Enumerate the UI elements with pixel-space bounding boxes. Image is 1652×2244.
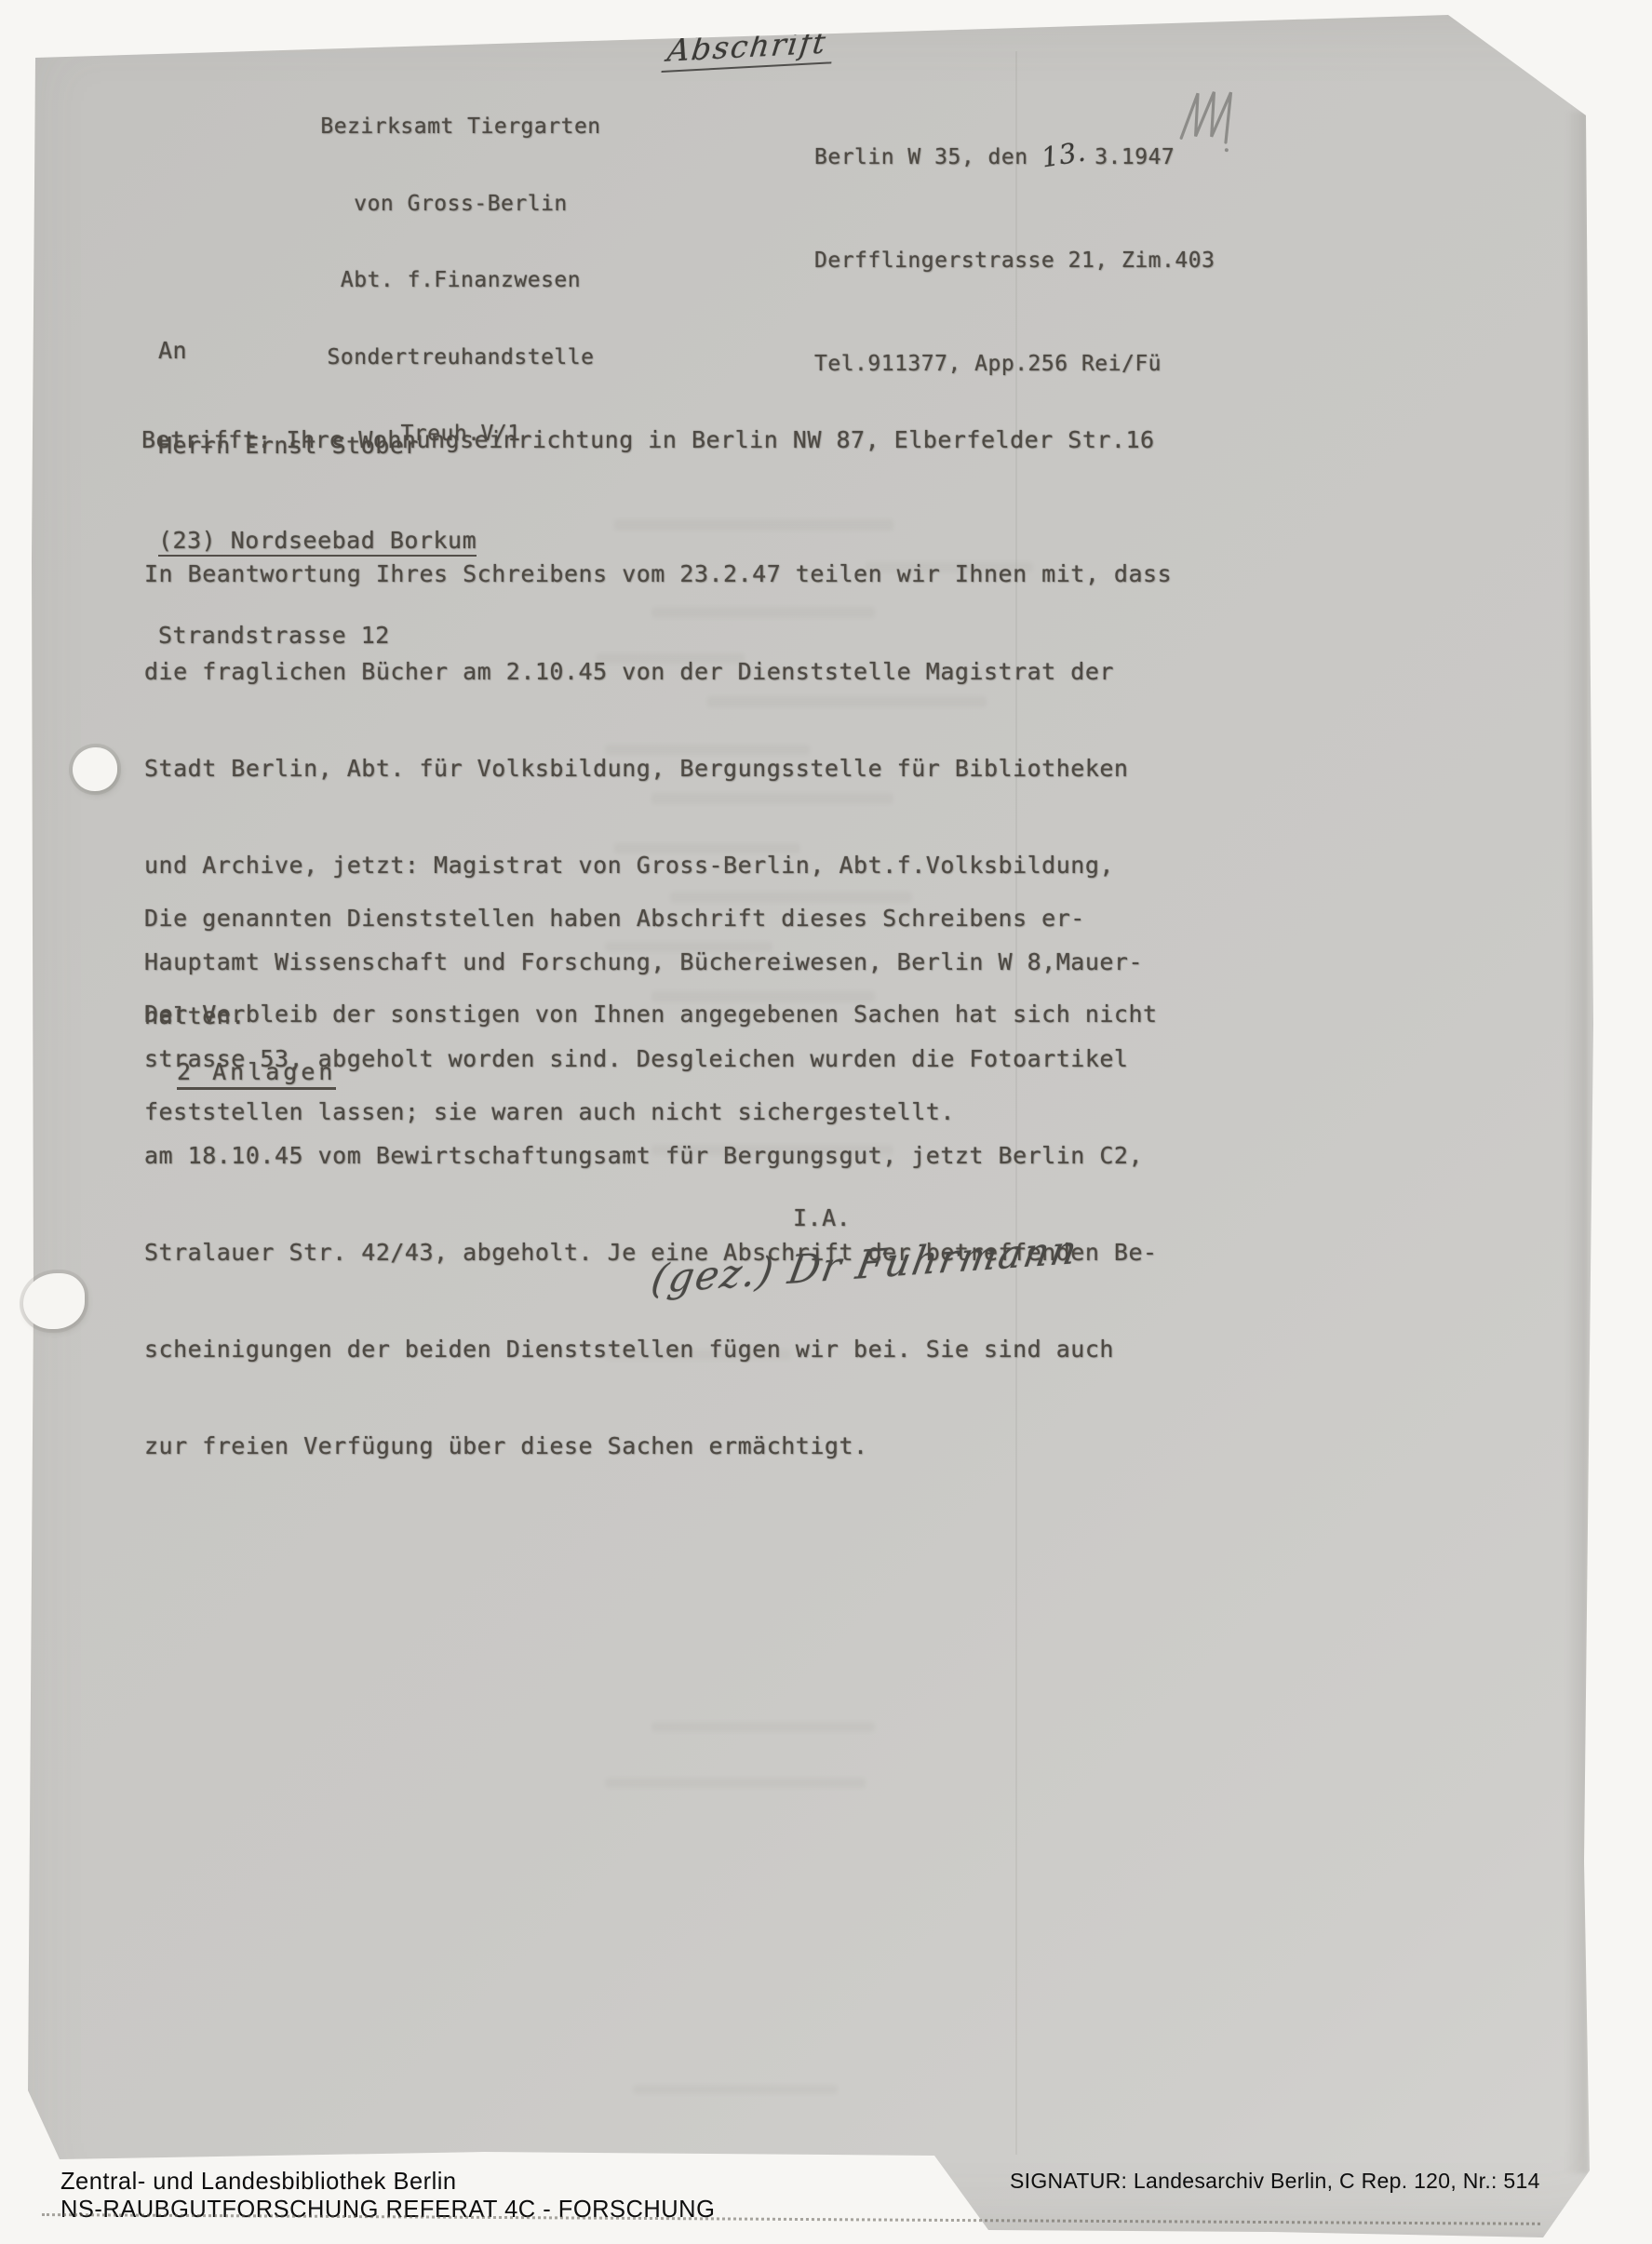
enclosures-note: 2 Anlagen (177, 1058, 336, 1090)
bleed-through-smudge (707, 696, 987, 707)
dateline-block: Berlin W 35, den13.3.1947 Derfflingerstr… (814, 69, 1215, 450)
footer-library-name: Zentral- und Landesbibliothek Berlin (60, 2167, 715, 2195)
bleed-through-smudge (651, 1722, 875, 1732)
handwritten-abschrift-note: Abschrift (661, 23, 837, 73)
bleed-through-smudge (605, 1350, 791, 1360)
bleed-through-smudge (651, 607, 875, 618)
handwritten-day: 13. (1039, 135, 1088, 176)
sender-line: von Gross-Berlin (275, 192, 647, 218)
bleed-through-smudge (670, 892, 912, 903)
bleed-through-smudge (651, 1145, 893, 1155)
body-line: Die genannten Dienststellen haben Abschr… (144, 903, 1085, 935)
bleed-through-smudge (633, 2085, 838, 2094)
typed-initials: I.A. (793, 1204, 851, 1231)
bleed-through-smudge (866, 562, 1033, 572)
bleed-through-smudge (651, 991, 875, 1002)
bleed-through-smudge (651, 793, 893, 804)
bleed-through-smudge (614, 843, 800, 853)
punch-hole-bottom (23, 1273, 85, 1329)
bleed-through-smudge (605, 745, 810, 755)
scan-background: Abschrift Bezirksamt Tiergarten von Gros… (0, 0, 1652, 2244)
right-edge-shadow (1565, 112, 1588, 2173)
body-line: zur freien Verfügung über diese Sachen e… (144, 1431, 1172, 1463)
document-paper: Abschrift Bezirksamt Tiergarten von Gros… (0, 0, 1652, 2244)
punch-hole-top (73, 747, 117, 791)
sender-line: Bezirksamt Tiergarten (275, 114, 647, 141)
bleed-through-smudge (605, 942, 772, 952)
body-line: Der Verbleib der sonstigen von Ihnen ang… (144, 999, 1158, 1031)
footer-signatur: SIGNATUR: Landesarchiv Berlin, C Rep. 12… (1010, 2169, 1540, 2194)
bleed-through-smudge (605, 1778, 866, 1788)
sender-street-line: Derfflingerstrasse 21, Zim.403 (814, 244, 1215, 278)
body-line: feststellen lassen; sie waren auch nicht… (144, 1096, 1158, 1129)
subject-line: Betrifft: Ihre Wohnungseinrichtung in Be… (141, 426, 1155, 453)
body-line: Stadt Berlin, Abt. für Volksbildung, Ber… (144, 753, 1172, 786)
sender-phone-line: Tel.911377, App.256 Rei/Fü (814, 347, 1215, 382)
recipient-salutation: An (158, 335, 477, 367)
date-line: Berlin W 35, den13.3.1947 (814, 138, 1215, 175)
bleed-through-smudge (596, 653, 745, 664)
date-suffix: 3.1947 (1095, 145, 1175, 169)
date-prefix: Berlin W 35, den (814, 145, 1028, 169)
bleed-through-smudge (614, 519, 893, 531)
